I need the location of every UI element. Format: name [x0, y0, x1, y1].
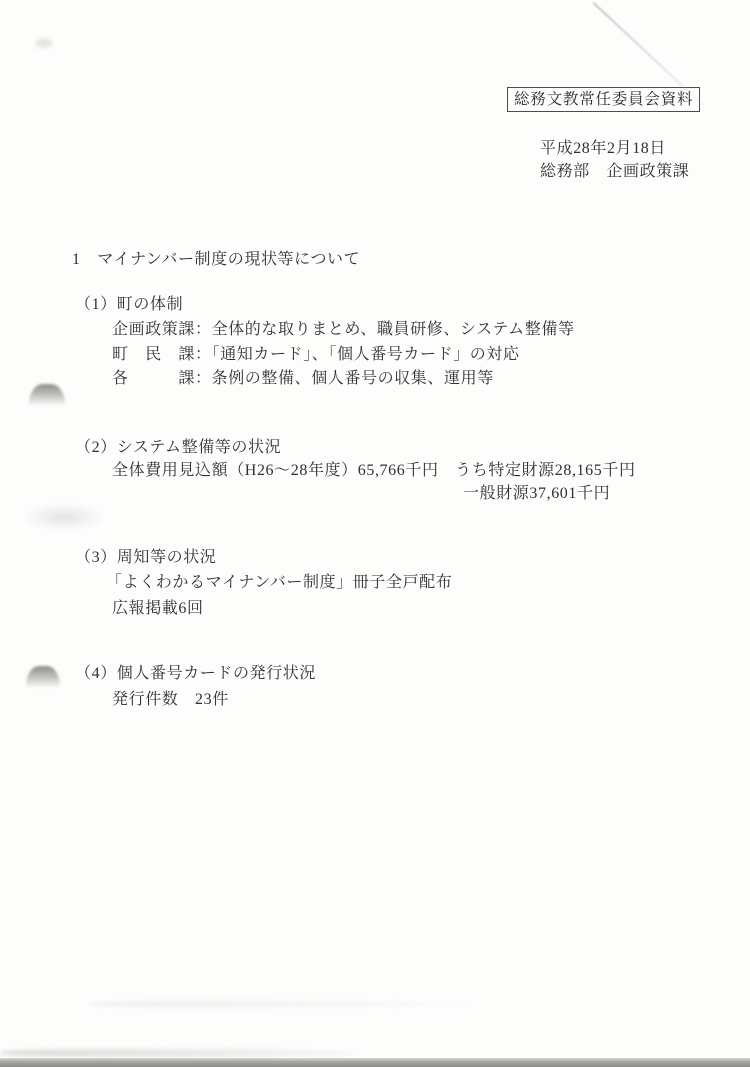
section-2-line-1: 全体費用見込額（H26～28年度）65,766千円 うち特定財源28,165千円 [112, 462, 636, 480]
section-3-line-1: 「よくわかるマイナンバー制度」冊子全戸配布 [106, 574, 452, 592]
section-1-heading: （1）町の体制 [75, 296, 183, 314]
scan-smudge [0, 1049, 360, 1057]
scanned-document-page: 総務文教常任委員会資料 平成28年2月18日 総務部 企画政策課 1 マイナンバ… [0, 0, 750, 1067]
section-1-line-3: 各 課：条例の整備、個人番号の収集、運用等 [112, 370, 494, 388]
date-text: 平成28年2月18日 [540, 140, 666, 158]
scan-smudge [36, 38, 52, 48]
section-2-line-2: 一般財源37,601千円 [463, 485, 610, 503]
scan-smudge [22, 503, 106, 531]
section-3-line-2: 広報掲載6回 [112, 600, 204, 618]
scan-edge-shadow [0, 1058, 750, 1067]
committee-label-box: 総務文教常任委員会資料 [507, 87, 700, 112]
section-1-line-1: 企画政策課：全体的な取りまとめ、職員研修、システム整備等 [112, 321, 575, 339]
section-4-line-1: 発行件数 23件 [112, 691, 229, 709]
document-title: 1 マイナンバー制度の現状等について [72, 251, 360, 269]
department-text: 総務部 企画政策課 [540, 163, 689, 181]
section-1-line-2: 町 民 課：「通知カード」、「個人番号カード」の対応 [112, 346, 520, 364]
section-3-heading: （3）周知等の状況 [75, 549, 216, 567]
section-2-heading: （2）システム整備等の状況 [75, 439, 281, 457]
section-4-heading: （4）個人番号カードの発行状況 [75, 665, 316, 683]
punch-hole-shadow-top [29, 384, 65, 410]
punch-hole-shadow-bottom [26, 666, 60, 692]
scan-smudge [90, 1001, 470, 1007]
